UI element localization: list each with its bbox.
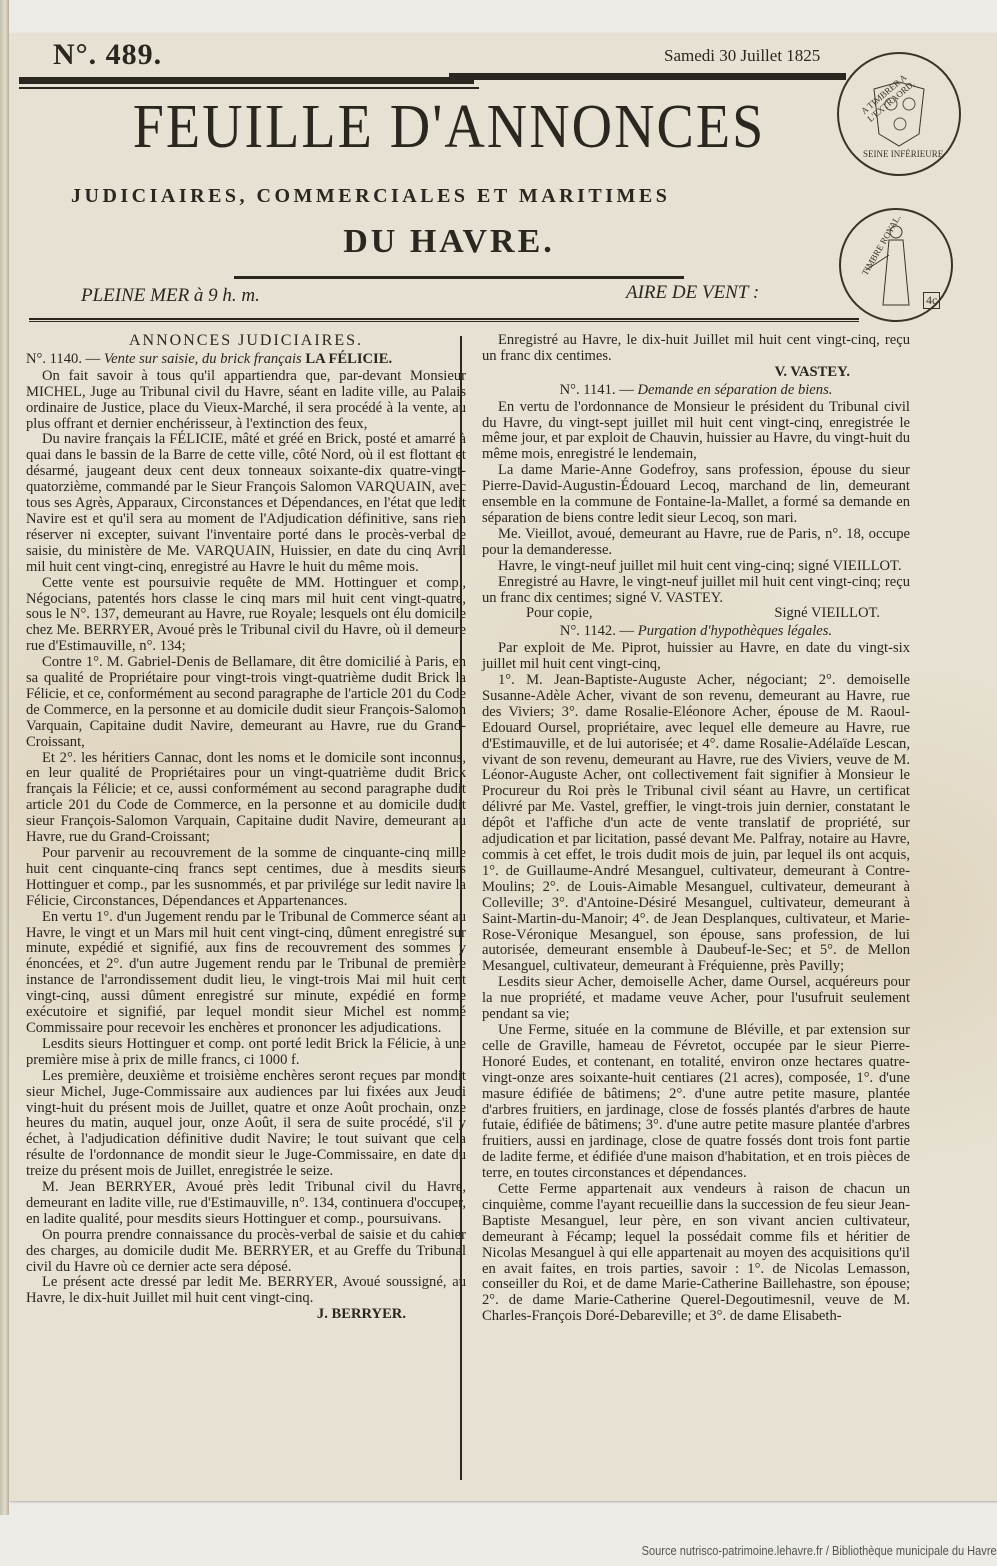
issue-number: N°. 489.	[53, 38, 162, 72]
title-rule	[234, 276, 684, 279]
newspaper-title: FEUILLE D'ANNONCES	[9, 91, 889, 163]
notice-paragraph: Havre, le vingt-neuf juillet mil huit ce…	[482, 559, 910, 575]
notice-number: N°. 1141. —	[560, 382, 634, 398]
notice-paragraph: Du navire français la FÉLICIE, mâté et g…	[26, 432, 466, 575]
notice-paragraph: Et 2°. les héritiers Cannac, dont les no…	[26, 751, 466, 846]
header-rule	[449, 73, 846, 80]
source-credit: Source nutrisco-patrimoine.lehavre.fr / …	[642, 1543, 997, 1558]
notice-title: Purgation d'hypothèques légales.	[638, 623, 832, 639]
royal-stamp-icon: TIMBRE ROYAL. 4c	[839, 208, 953, 322]
notice-number: N°. 1142. —	[560, 623, 634, 639]
notice-paragraph: M. Jean BERRYER, Avoué près ledit Tribun…	[26, 1180, 466, 1228]
notice-paragraph: Les première, deuxième et troisième ench…	[26, 1069, 466, 1180]
tax-stamp-icon: A TIMBRER A L'EXTRAORD. SEINE INFÉRIEURE	[837, 52, 961, 176]
ship-name: LA FÉLICIE.	[305, 351, 392, 367]
masthead-rule	[29, 321, 859, 322]
right-column: Enregistré au Havre, le dix-huit Juillet…	[482, 333, 910, 1325]
notice-number: N°. 1140. —	[26, 351, 100, 367]
page-edge	[0, 0, 9, 1515]
notice-paragraph: Par exploit de Me. Piprot, huissier au H…	[482, 641, 910, 673]
fleur-de-lis-icon	[839, 54, 959, 174]
notice-paragraph: Lesdits sieurs Hottinguer et comp. ont p…	[26, 1037, 466, 1069]
notice-title: Demande en séparation de biens.	[637, 382, 832, 398]
notice-paragraph: En vertu de l'ordonnance de Monsieur le …	[482, 400, 910, 464]
notice-paragraph: Le présent acte dressé par ledit Me. BER…	[26, 1275, 466, 1307]
notice-paragraph: 1°. M. Jean-Baptiste-Auguste Acher, négo…	[482, 673, 910, 975]
notice-paragraph: On fait savoir à tous qu'il appartiendra…	[26, 369, 466, 433]
notice-heading: N°. 1141. — Demande en séparation de bie…	[482, 383, 910, 399]
signature: J. BERRYER.	[26, 1307, 466, 1323]
notice-heading: N°. 1140. — Vente sur saisie, du brick f…	[26, 352, 466, 368]
masthead-rule	[29, 318, 859, 320]
notice-paragraph: Pour parvenir au recouvrement de la somm…	[26, 846, 466, 910]
notice-paragraph: Lesdits sieur Acher, demoiselle Acher, d…	[482, 975, 910, 1023]
header-rule	[19, 87, 479, 89]
notice-paragraph: On pourra prendre connaissance du procès…	[26, 1228, 466, 1276]
copy-label: Pour copie,	[526, 606, 592, 622]
newspaper-subtitle: JUDICIAIRES, COMMERCIALES ET MARITIMES	[71, 185, 851, 208]
notice-title: Vente sur saisie, du brick français	[104, 351, 302, 367]
tide-info: PLEINE MER à 9 h. m.	[81, 285, 260, 307]
notice-paragraph: Cette Ferme appartenait aux vendeurs à r…	[482, 1182, 910, 1325]
issue-date: Samedi 30 Juillet 1825	[664, 46, 820, 66]
notice-paragraph: Cette vente est poursuivie requête de MM…	[26, 576, 466, 656]
notice-paragraph: En vertu 1°. d'un Jugement rendu par le …	[26, 910, 466, 1037]
copy-line: Pour copie, Signé VIEILLOT.	[482, 606, 910, 622]
section-title: ANNONCES JUDICIAIRES.	[26, 333, 466, 349]
notice-paragraph: La dame Marie-Anne Godefroy, sans profes…	[482, 463, 910, 527]
notice-heading: N°. 1142. — Purgation d'hypothèques léga…	[482, 624, 910, 640]
notice-paragraph: Me. Vieillot, avoué, demeurant au Havre,…	[482, 527, 910, 559]
notice-paragraph: Une Ferme, située en la commune de Blévi…	[482, 1023, 910, 1182]
notice-paragraph: Enregistré au Havre, le vingt-neuf juill…	[482, 575, 910, 607]
newspaper-page: N°. 489. Samedi 30 Juillet 1825 FEUILLE …	[9, 33, 997, 1501]
left-column: ANNONCES JUDICIAIRES. N°. 1140. — Vente …	[26, 333, 466, 1323]
signature: V. VASTEY.	[482, 365, 910, 381]
header-rule	[19, 77, 474, 84]
allegorical-figure-icon	[841, 210, 951, 320]
notice-paragraph: Contre 1°. M. Gabriel-Denis de Bellamare…	[26, 655, 466, 750]
copy-signature: Signé VIEILLOT.	[774, 606, 880, 622]
newspaper-subtitle-city: DU HAVRE.	[9, 223, 889, 261]
wind-info: AIRE DE VENT :	[626, 282, 759, 304]
notice-paragraph: Enregistré au Havre, le dix-huit Juillet…	[482, 333, 910, 365]
